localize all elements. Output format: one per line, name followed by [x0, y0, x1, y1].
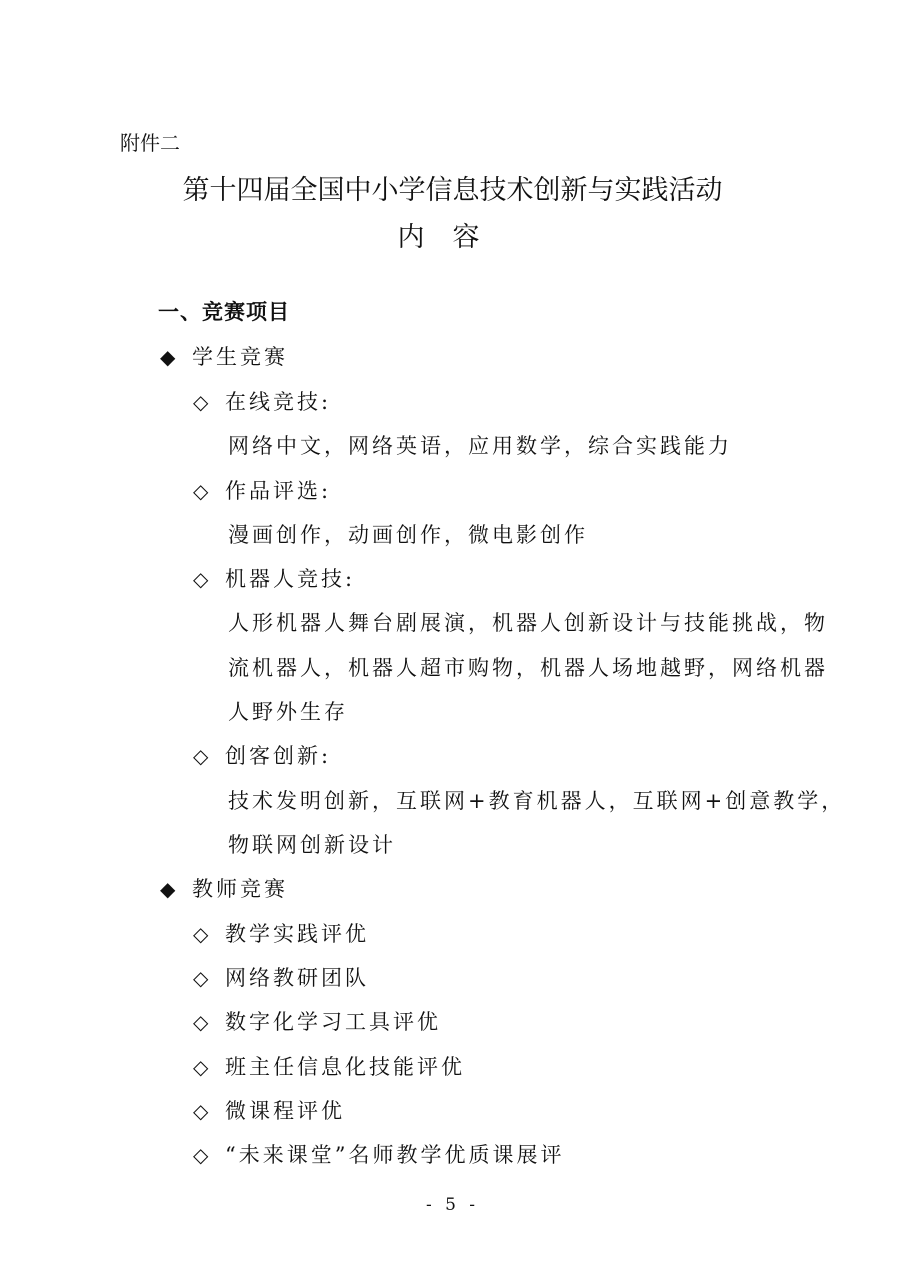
student-competition-label: 学生竞赛	[192, 345, 288, 369]
solid-diamond-bullet-icon: ◆	[160, 343, 180, 371]
hollow-diamond-bullet-icon: ◇	[193, 1141, 213, 1169]
teacher-item: ◇班主任信息化技能评优	[193, 1053, 465, 1081]
attachment-label: 附件二	[120, 130, 180, 156]
category-detail-line: 网络中文，网络英语，应用数学，综合实践能力	[228, 432, 732, 460]
category-label: 创客创新:	[225, 744, 331, 768]
teacher-item-label: 数字化学习工具评优	[225, 1010, 441, 1034]
teacher-competition-label: 教师竞赛	[192, 877, 288, 901]
teacher-item-label: 班主任信息化技能评优	[225, 1055, 465, 1079]
category-detail-line: 技术发明创新，互联网+教育机器人，互联网+创意教学，	[228, 787, 845, 815]
category-label: 作品评选:	[225, 479, 331, 503]
category-detail-line: 流机器人，机器人超市购物，机器人场地越野，网络机器	[228, 654, 828, 682]
hollow-diamond-bullet-icon: ◇	[193, 920, 213, 948]
teacher-item: ◇微课程评优	[193, 1097, 345, 1125]
hollow-diamond-bullet-icon: ◇	[193, 565, 213, 593]
student-competition-heading: ◆学生竞赛	[160, 343, 288, 371]
category-detail-line: 物联网创新设计	[228, 831, 396, 859]
hollow-diamond-bullet-icon: ◇	[193, 1053, 213, 1081]
category-detail-line: 人野外生存	[228, 698, 348, 726]
category-maker: ◇创客创新:	[193, 742, 331, 770]
teacher-item-label: 网络教研团队	[225, 966, 369, 990]
teacher-item: ◇教学实践评优	[193, 920, 369, 948]
category-label: 在线竞技:	[225, 390, 331, 414]
document-title: 第十四届全国中小学信息技术创新与实践活动	[0, 174, 905, 208]
teacher-item-label: “未来课堂”名师教学优质课展评	[225, 1143, 564, 1167]
category-label: 机器人竞技:	[225, 567, 355, 591]
document-page: 附件二 第十四届全国中小学信息技术创新与实践活动 内容 一、竞赛项目 ◆学生竞赛…	[0, 0, 905, 1283]
category-works: ◇作品评选:	[193, 477, 331, 505]
section-heading: 一、竞赛项目	[158, 298, 290, 326]
hollow-diamond-bullet-icon: ◇	[193, 477, 213, 505]
teacher-item-label: 教学实践评优	[225, 922, 369, 946]
document-subtitle: 内容	[0, 221, 905, 255]
teacher-item-label: 微课程评优	[225, 1099, 345, 1123]
teacher-competition-heading: ◆教师竞赛	[160, 875, 288, 903]
page-number: - 5 -	[0, 1194, 905, 1216]
category-online: ◇在线竞技:	[193, 388, 331, 416]
hollow-diamond-bullet-icon: ◇	[193, 388, 213, 416]
category-detail-line: 漫画创作，动画创作，微电影创作	[228, 521, 588, 549]
category-robotics: ◇机器人竞技:	[193, 565, 355, 593]
teacher-item: ◇数字化学习工具评优	[193, 1008, 441, 1036]
hollow-diamond-bullet-icon: ◇	[193, 1097, 213, 1125]
teacher-item: ◇网络教研团队	[193, 964, 369, 992]
hollow-diamond-bullet-icon: ◇	[193, 742, 213, 770]
category-detail-line: 人形机器人舞台剧展演，机器人创新设计与技能挑战，物	[228, 609, 828, 637]
hollow-diamond-bullet-icon: ◇	[193, 964, 213, 992]
teacher-item: ◇“未来课堂”名师教学优质课展评	[193, 1141, 564, 1169]
solid-diamond-bullet-icon: ◆	[160, 875, 180, 903]
hollow-diamond-bullet-icon: ◇	[193, 1008, 213, 1036]
